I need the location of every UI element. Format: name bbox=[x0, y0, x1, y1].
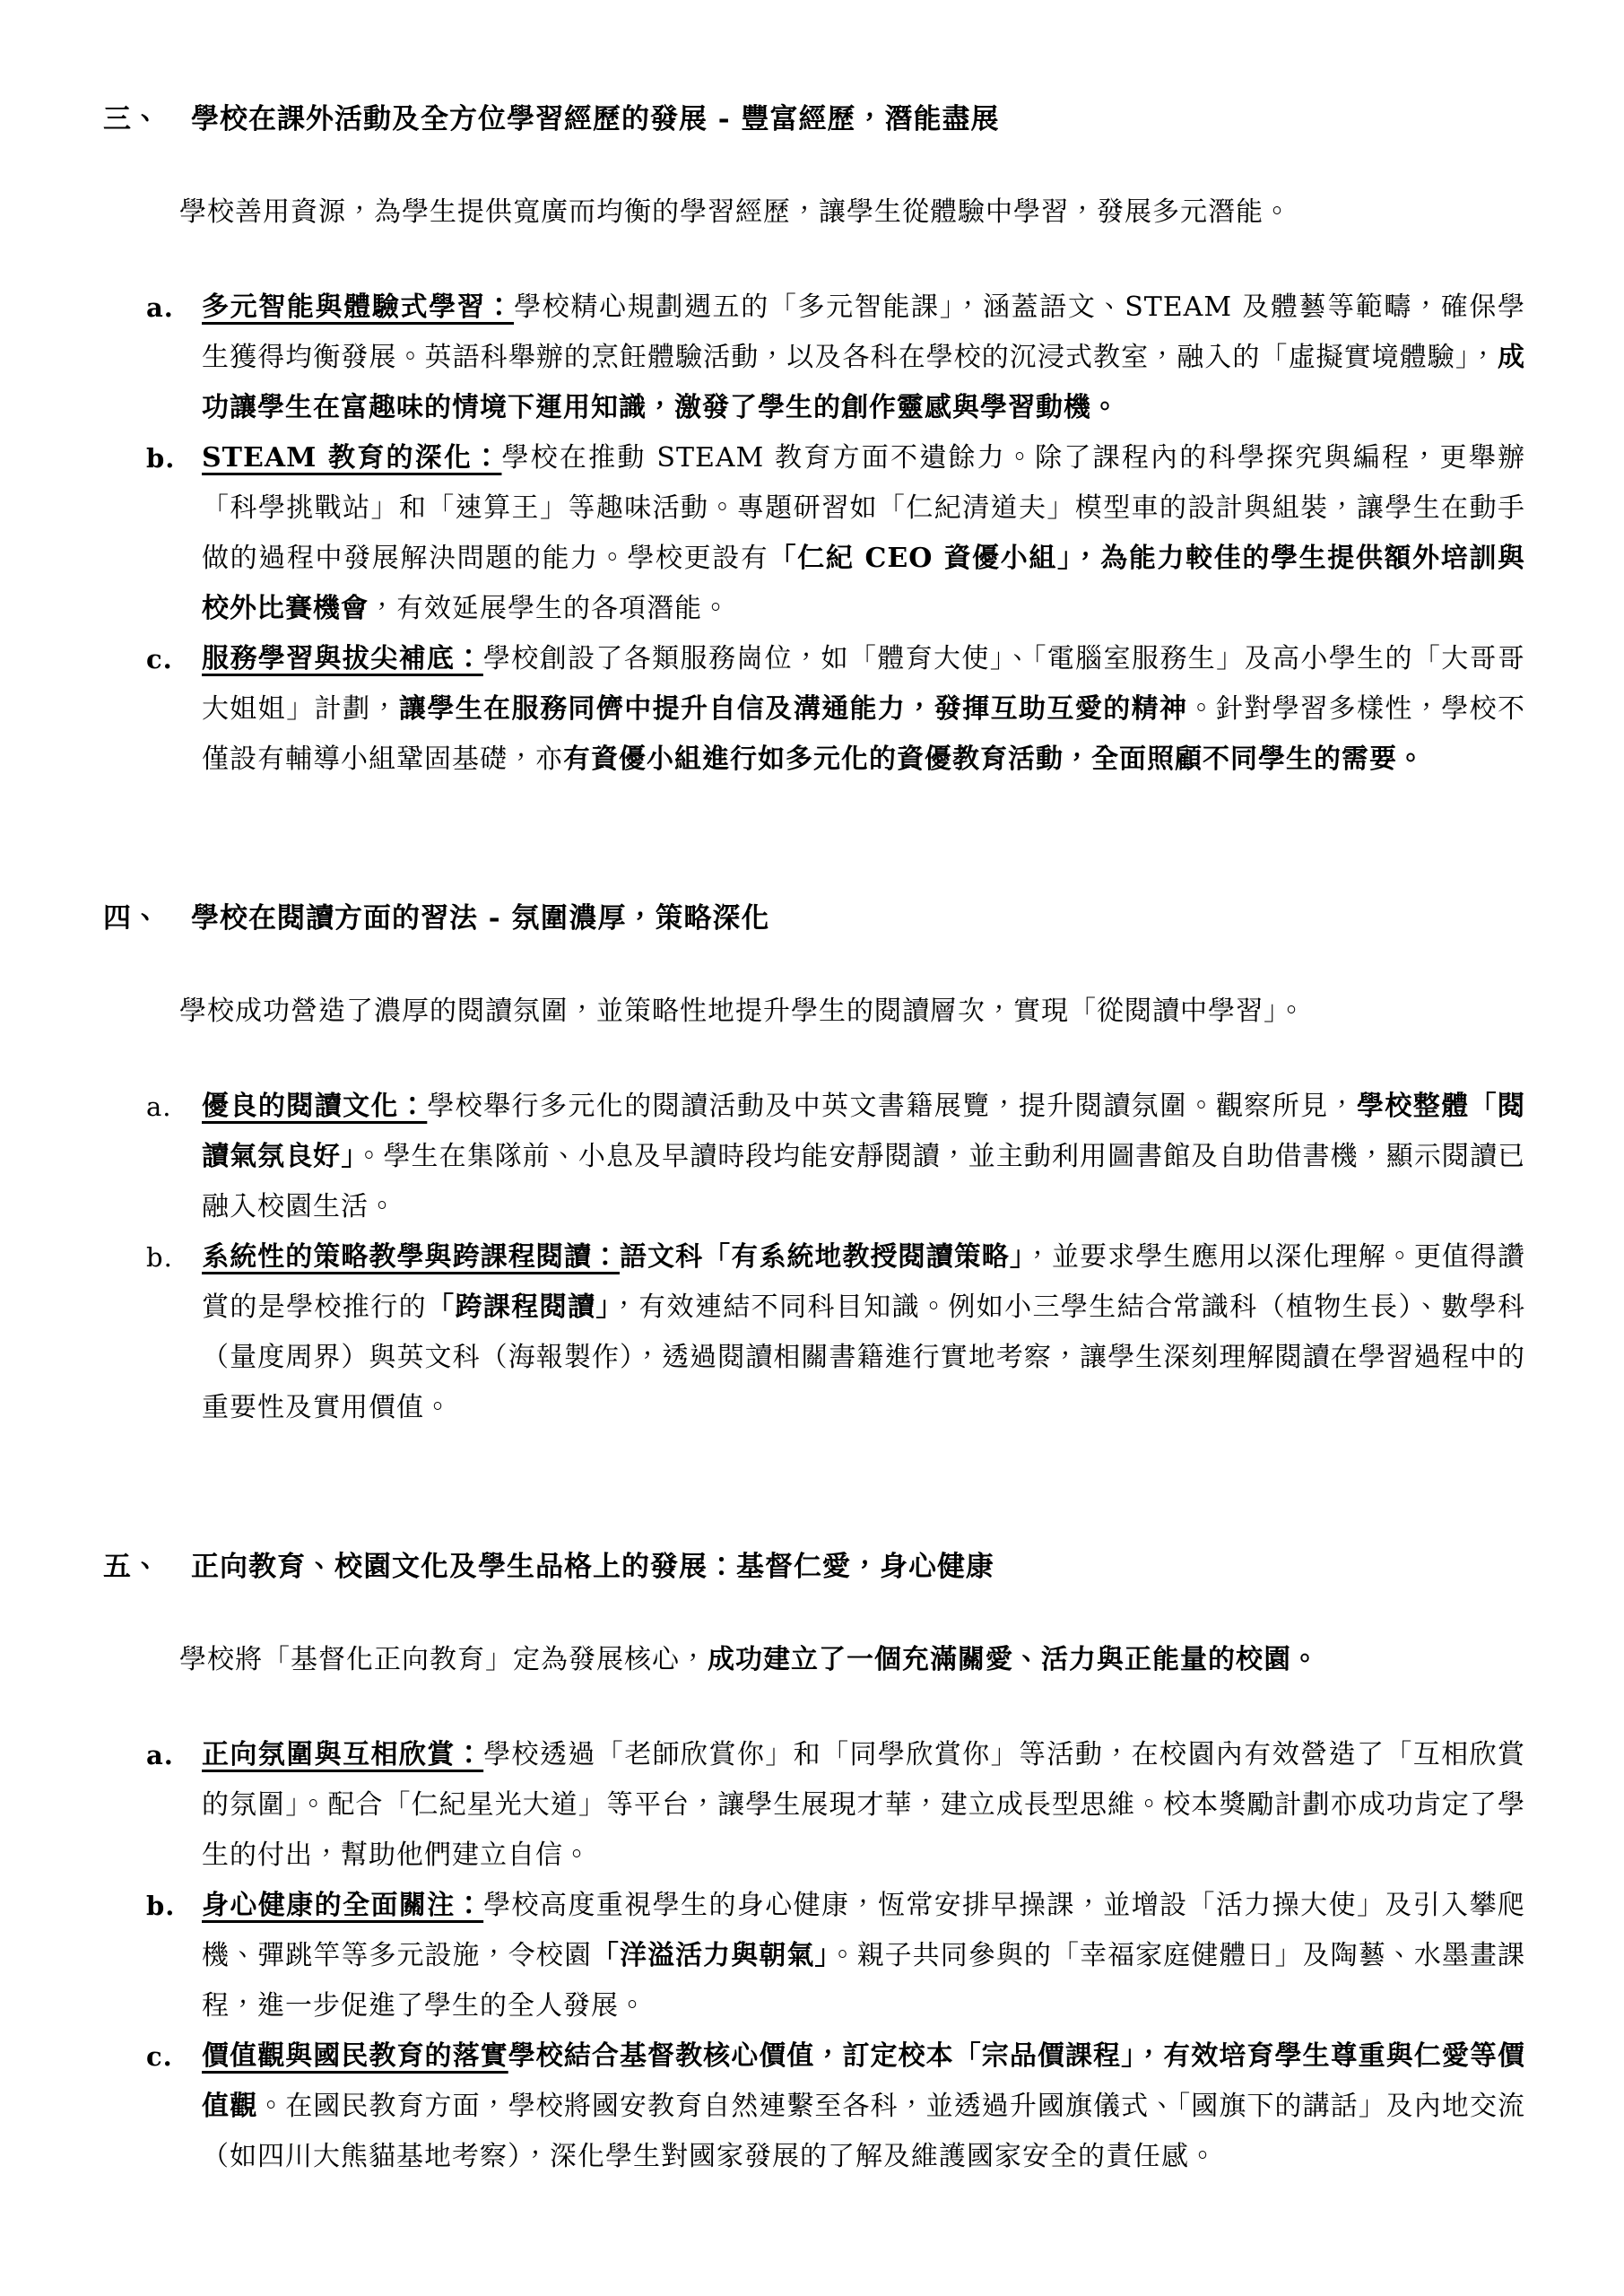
item-label: c. bbox=[146, 634, 173, 684]
section: 四、學校在閱讀方面的習法 - 氛圍濃厚，策略深化學校成功營造了濃厚的閱讀氛圍，並… bbox=[103, 893, 1525, 1433]
list-item: b.系統性的策略教學與跨課程閱讀：語文科「有系統地教授閱讀策略」，並要求學生應用… bbox=[103, 1232, 1525, 1433]
list-item: c.價值觀與國民教育的落實學校結合基督教核心價值，訂定校本「宗品價課程」，有效培… bbox=[103, 2031, 1525, 2182]
text-segment: 學校善用資源，為學生提供寬廣而均衡的學習經歷，讓學生從體驗中學習，發展多元潛能。 bbox=[179, 196, 1291, 228]
list-item: a.優良的閱讀文化：學校舉行多元化的閱讀活動及中英文書籍展覽，提升閱讀氛圍。觀察… bbox=[103, 1082, 1525, 1232]
text-segment: 服務學習與拔尖補底： bbox=[202, 643, 483, 674]
section: 五、正向教育、校園文化及學生品格上的發展：基督仁愛，身心健康學校將「基督化正向教… bbox=[103, 1542, 1525, 2182]
item-list: a.優良的閱讀文化：學校舉行多元化的閱讀活動及中英文書籍展覽，提升閱讀氛圍。觀察… bbox=[103, 1082, 1525, 1433]
section-heading: 四、學校在閱讀方面的習法 - 氛圍濃厚，策略深化 bbox=[103, 893, 1525, 944]
item-text: 系統性的策略教學與跨課程閱讀：語文科「有系統地教授閱讀策略」，並要求學生應用以深… bbox=[202, 1241, 1525, 1423]
item-list: a.正向氛圍與互相欣賞：學校透過「老師欣賞你」和「同學欣賞你」等活動，在校園內有… bbox=[103, 1730, 1525, 2182]
section-number: 五、 bbox=[103, 1551, 161, 1583]
text-segment: 多元智能與體驗式學習： bbox=[202, 291, 514, 323]
text-segment: 「跨課程閱讀」 bbox=[427, 1291, 611, 1323]
text-segment: 「洋溢活力與朝氣」 bbox=[592, 1940, 829, 1971]
text-segment: 價值觀與國民教育的落實 bbox=[202, 2040, 508, 2072]
list-item: b.身心健康的全面關注：學校高度重視學生的身心健康，恆常安排早操課，並增設「活力… bbox=[103, 1881, 1525, 2031]
text-segment: 系統性的策略教學與跨課程閱讀： bbox=[202, 1241, 620, 1273]
text-segment: 學校將「基督化正向教育」定為發展核心， bbox=[179, 1644, 708, 1675]
item-label: b. bbox=[146, 1881, 175, 1931]
item-text: 正向氛圍與互相欣賞：學校透過「老師欣賞你」和「同學欣賞你」等活動，在校園內有效營… bbox=[202, 1739, 1525, 1871]
sections-container: 三、學校在課外活動及全方位學習經歷的發展 - 豐富經歷，潛能盡展學校善用資源，為… bbox=[103, 94, 1525, 2182]
item-label: b. bbox=[146, 433, 175, 483]
section-intro: 學校將「基督化正向教育」定為發展核心，成功建立了一個充滿關愛、活力與正能量的校園… bbox=[179, 1635, 1525, 1685]
text-segment: 優良的閱讀文化： bbox=[202, 1091, 427, 1122]
text-segment: STEAM 教育的深化： bbox=[202, 442, 501, 474]
item-text: STEAM 教育的深化：學校在推動 STEAM 教育方面不遺餘力。除了課程內的科… bbox=[202, 442, 1525, 624]
list-item: c.服務學習與拔尖補底：學校創設了各類服務崗位，如「體育大使」、「電腦室服務生」… bbox=[103, 634, 1525, 785]
item-label: a. bbox=[146, 283, 174, 333]
item-text: 身心健康的全面關注：學校高度重視學生的身心健康，恆常安排早操課，並增設「活力操大… bbox=[202, 1890, 1525, 2022]
section-intro: 學校善用資源，為學生提供寬廣而均衡的學習經歷，讓學生從體驗中學習，發展多元潛能。 bbox=[179, 187, 1525, 238]
section-heading: 三、學校在課外活動及全方位學習經歷的發展 - 豐富經歷，潛能盡展 bbox=[103, 94, 1525, 144]
text-segment: 讓學生在服務同儕中提升自信及溝通能力，發揮互助互愛的精神 bbox=[399, 693, 1188, 725]
section-title: 正向教育、校園文化及學生品格上的發展：基督仁愛，身心健康 bbox=[191, 1551, 994, 1583]
section: 三、學校在課外活動及全方位學習經歷的發展 - 豐富經歷，潛能盡展學校善用資源，為… bbox=[103, 94, 1525, 785]
item-list: a.多元智能與體驗式學習：學校精心規劃週五的「多元智能課」，涵蓋語文、STEAM… bbox=[103, 283, 1525, 785]
item-label: b. bbox=[146, 1232, 173, 1283]
item-text: 多元智能與體驗式學習：學校精心規劃週五的「多元智能課」，涵蓋語文、STEAM 及… bbox=[202, 291, 1525, 423]
item-label: a. bbox=[146, 1082, 172, 1132]
text-segment: 語文科「有系統地教授閱讀策略」 bbox=[620, 1241, 1024, 1273]
section-number: 四、 bbox=[103, 902, 161, 935]
item-label: a. bbox=[146, 1730, 174, 1780]
text-segment: 。學生在集隊前、小息及早讀時段均能安靜閱讀，並主動利用圖書館及自助借書機，顯示閱… bbox=[202, 1141, 1525, 1222]
item-text: 價值觀與國民教育的落實學校結合基督教核心價值，訂定校本「宗品價課程」，有效培育學… bbox=[202, 2040, 1525, 2172]
item-text: 服務學習與拔尖補底：學校創設了各類服務崗位，如「體育大使」、「電腦室服務生」及高… bbox=[202, 643, 1525, 775]
section-title: 學校在課外活動及全方位學習經歷的發展 - 豐富經歷，潛能盡展 bbox=[191, 103, 999, 135]
item-label: c. bbox=[146, 2031, 173, 2082]
text-segment: 身心健康的全面關注： bbox=[202, 1890, 483, 1921]
list-item: a.正向氛圍與互相欣賞：學校透過「老師欣賞你」和「同學欣賞你」等活動，在校園內有… bbox=[103, 1730, 1525, 1881]
section-heading: 五、正向教育、校園文化及學生品格上的發展：基督仁愛，身心健康 bbox=[103, 1542, 1525, 1592]
text-segment: 成功建立了一個充滿關愛、活力與正能量的校園。 bbox=[708, 1644, 1319, 1675]
text-segment: 。在國民教育方面，學校將國安教育自然連繫至各科，並透過升國旗儀式、「國旗下的講話… bbox=[202, 2091, 1525, 2172]
text-segment: 學校成功營造了濃厚的閱讀氛圍，並策略性地提升學生的閱讀層次，實現「從閱讀中學習」… bbox=[179, 996, 1306, 1027]
document-page: 三、學校在課外活動及全方位學習經歷的發展 - 豐富經歷，潛能盡展學校善用資源，為… bbox=[0, 0, 1624, 2296]
list-item: a.多元智能與體驗式學習：學校精心規劃週五的「多元智能課」，涵蓋語文、STEAM… bbox=[103, 283, 1525, 433]
text-segment: 學校舉行多元化的閱讀活動及中英文書籍展覽，提升閱讀氛圍。觀察所見， bbox=[427, 1091, 1357, 1122]
section-intro: 學校成功營造了濃厚的閱讀氛圍，並策略性地提升學生的閱讀層次，實現「從閱讀中學習」… bbox=[179, 987, 1525, 1037]
section-number: 三、 bbox=[103, 103, 161, 135]
list-item: b.STEAM 教育的深化：學校在推動 STEAM 教育方面不遺餘力。除了課程內… bbox=[103, 433, 1525, 634]
text-segment: 正向氛圍與互相欣賞： bbox=[202, 1739, 483, 1770]
item-text: 優良的閱讀文化：學校舉行多元化的閱讀活動及中英文書籍展覽，提升閱讀氛圍。觀察所見… bbox=[202, 1091, 1525, 1222]
text-segment: ，有效延展學生的各項潛能。 bbox=[369, 593, 730, 624]
text-segment: 有資優小組進行如多元化的資優教育活動，全面照顧不同學生的需要。 bbox=[563, 744, 1425, 775]
section-title: 學校在閱讀方面的習法 - 氛圍濃厚，策略深化 bbox=[191, 902, 769, 935]
